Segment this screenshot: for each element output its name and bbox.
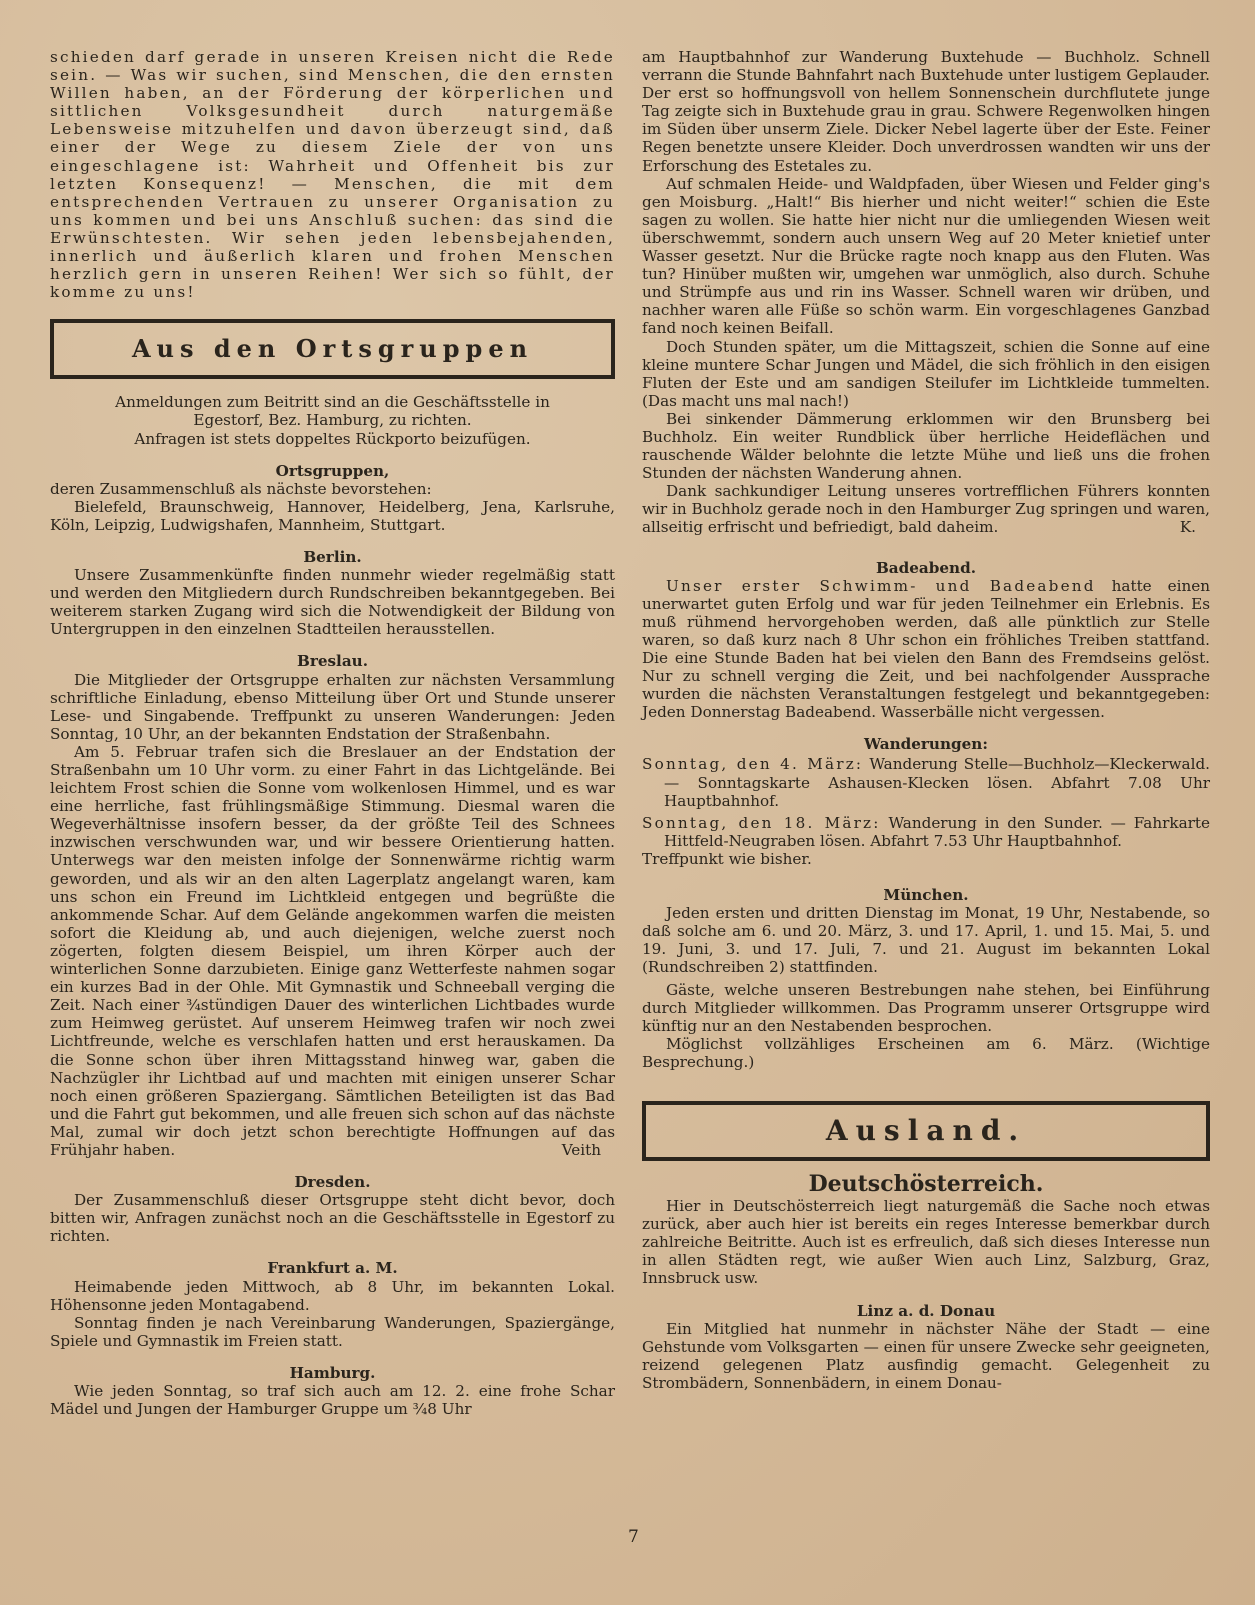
linz-heading: Linz a. d. Donau (642, 1302, 1210, 1320)
hamburg-continued: Dank sachkundiger Leitung unseres vortre… (642, 482, 1210, 536)
wanderung-item: Sonntag, den 18. März: Wanderung in den … (642, 814, 1210, 850)
treffpunkt-text: Treffpunkt wie bisher. (642, 850, 1210, 868)
badeabend-text: Unser erster Schwimm- und Badeabend hatt… (642, 577, 1210, 722)
country-heading: Deutschösterreich. (642, 1175, 1210, 1193)
section-title-box: Aus den Ortsgruppen (50, 319, 615, 379)
left-column: schieden darf gerade in unseren Kreisen … (50, 48, 615, 1418)
ausland-title-box: Ausland. (642, 1101, 1210, 1161)
hamburg-text: Wie jeden Sonntag, so traf sich auch am … (50, 1382, 615, 1418)
linz-text: Ein Mitglied hat nunmehr in nächster Näh… (642, 1320, 1210, 1392)
page-number: 7 (628, 1527, 639, 1547)
notice-line: Anfragen ist stets doppeltes Rückporto b… (50, 430, 615, 448)
right-column: am Hauptbahnhof zur Wanderung Buxtehude … (642, 48, 1210, 1392)
hamburg-continued: Doch Stunden später, um die Mittagszeit,… (642, 338, 1210, 410)
berlin-text: Unsere Zusammenkünfte finden nunmehr wie… (50, 566, 615, 638)
frankfurt-text: Sonntag finden je nach Vereinbarung Wand… (50, 1314, 615, 1350)
country-text: Hier in Deutschösterreich liegt naturgem… (642, 1197, 1210, 1287)
muenchen-text: Jeden ersten und dritten Dienstag im Mon… (642, 904, 1210, 976)
frankfurt-heading: Frankfurt a. M. (50, 1259, 615, 1277)
wanderung-item: Sonntag, den 4. März: Wanderung Stelle—B… (642, 755, 1210, 809)
intro-paragraph: schieden darf gerade in unseren Kreisen … (50, 48, 615, 301)
wanderungen-heading: Wanderungen: (642, 735, 1210, 753)
breslau-report: Am 5. Februar trafen sich die Breslauer … (50, 743, 615, 1159)
dresden-text: Der Zusammenschluß dieser Ortsgruppe ste… (50, 1191, 615, 1245)
ausland-title: Ausland. (826, 1122, 1026, 1140)
notice-line: Egestorf, Bez. Hamburg, zu richten. (50, 411, 615, 429)
muenchen-text: Gäste, welche unseren Bestrebungen nahe … (642, 981, 1210, 1035)
badeabend-heading: Badeabend. (642, 559, 1210, 577)
frankfurt-text: Heimabende jeden Mittwoch, ab 8 Uhr, im … (50, 1278, 615, 1314)
dresden-heading: Dresden. (50, 1173, 615, 1191)
hamburg-signature: K. (1156, 518, 1196, 536)
ortsgruppen-sub: deren Zusammenschluß als nächste bevorst… (50, 480, 615, 498)
breslau-text: Die Mitglieder der Ortsgruppe erhalten z… (50, 671, 615, 743)
hamburg-heading: Hamburg. (50, 1364, 615, 1382)
hamburg-continued: am Hauptbahnhof zur Wanderung Buxtehude … (642, 48, 1210, 175)
notice-line: Anmeldungen zum Beitritt sind an die Ges… (50, 393, 615, 411)
ortsgruppen-list: Bielefeld, Braunschweig, Hannover, Heide… (50, 498, 615, 534)
breslau-signature: Veith (538, 1141, 601, 1159)
hamburg-continued: Auf schmalen Heide- und Waldpfaden, über… (642, 175, 1210, 338)
section-title: Aus den Ortsgruppen (132, 340, 533, 358)
berlin-heading: Berlin. (50, 548, 615, 566)
breslau-heading: Breslau. (50, 652, 615, 670)
hamburg-continued: Bei sinkender Dämmerung erklommen wir de… (642, 410, 1210, 482)
muenchen-text: Möglichst vollzähliges Erscheinen am 6. … (642, 1035, 1210, 1071)
ortsgruppen-heading: Ortsgruppen, (50, 462, 615, 480)
muenchen-heading: München. (642, 886, 1210, 904)
